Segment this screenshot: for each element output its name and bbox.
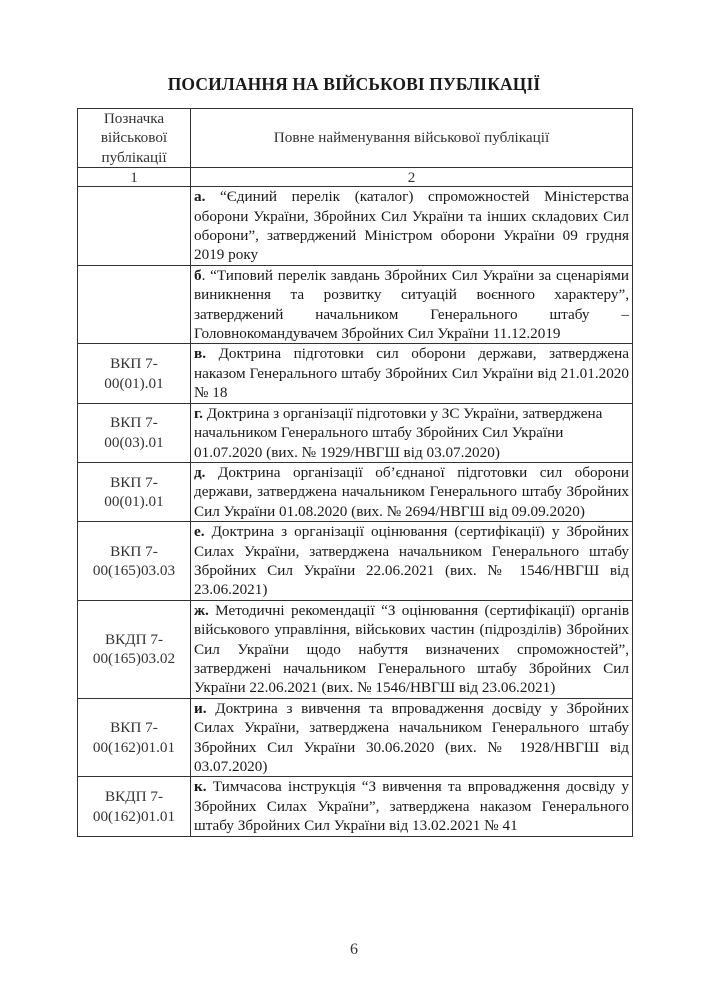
item-text: . “Типовий перелік завдань Збройних Сил … [194, 267, 629, 342]
item-text: Доктрина з організації підготовки у ЗС У… [194, 405, 602, 461]
publication-name: ж. Методичні рекомендації “З оцінювання … [191, 600, 633, 698]
publication-code: ВКДП 7-00(165)03.02 [78, 600, 191, 698]
publication-name: б. “Типовий перелік завдань Збройних Сил… [191, 265, 633, 344]
publication-name: д. Доктрина організації об’єднаної підго… [191, 462, 633, 521]
table-row: ВКП 7-00(01).01 в. Доктрина підготовки с… [78, 344, 633, 403]
table-row: а. “Єдиний перелік (каталог) спроможност… [78, 187, 633, 266]
publication-code: ВКП 7-00(01).01 [78, 462, 191, 521]
item-text: Доктрина з вивчення та впровадження досв… [194, 700, 629, 775]
header-designation: Позначка військової публікації [78, 109, 191, 168]
item-text: “Єдиний перелік (каталог) спроможностей … [194, 188, 629, 263]
item-text: Доктрина з організації оцінювання (серти… [194, 523, 629, 598]
publication-name: е. Доктрина з організації оцінювання (се… [191, 522, 633, 601]
item-letter: к. [194, 778, 207, 795]
table-row: ВКП 7-00(162)01.01 и. Доктрина з вивченн… [78, 698, 633, 777]
table-row: ВКДП 7-00(165)03.02 ж. Методичні рекомен… [78, 600, 633, 698]
column-number-2: 2 [191, 168, 633, 187]
item-letter: а. [194, 188, 205, 205]
publication-name: а. “Єдиний перелік (каталог) спроможност… [191, 187, 633, 266]
publications-table: Позначка військової публікації Повне най… [77, 108, 633, 837]
item-letter: и. [194, 700, 207, 717]
page-title: ПОСИЛАННЯ НА ВІЙСЬКОВІ ПУБЛІКАЦІЇ [0, 74, 708, 95]
table-row: ВКДП 7-00(162)01.01 к. Тимчасова інструк… [78, 777, 633, 836]
table-row: ВКП 7-00(01).01 д. Доктрина організації … [78, 462, 633, 521]
publication-code: ВКДП 7-00(162)01.01 [78, 777, 191, 836]
item-text: Методичні рекомендації “З оцінювання (се… [194, 602, 629, 697]
table-row: б. “Типовий перелік завдань Збройних Сил… [78, 265, 633, 344]
item-text: Тимчасова інструкція “З вивчення та впро… [194, 778, 629, 834]
column-number-1: 1 [78, 168, 191, 187]
table-row: ВКП 7-00(03).01 г. Доктрина з організаці… [78, 403, 633, 462]
item-letter: е. [194, 523, 205, 540]
publication-name: к. Тимчасова інструкція “З вивчення та в… [191, 777, 633, 836]
table-row: ВКП 7-00(165)03.03 е. Доктрина з організ… [78, 522, 633, 601]
publication-name: и. Доктрина з вивчення та впровадження д… [191, 698, 633, 777]
header-full-name: Повне найменування військової публікації [191, 109, 633, 168]
item-text: Доктрина підготовки сил оборони держави,… [194, 345, 629, 401]
publication-code: ВКП 7-00(162)01.01 [78, 698, 191, 777]
item-letter: б [194, 267, 202, 284]
publication-code [78, 187, 191, 266]
publication-code: ВКП 7-00(01).01 [78, 344, 191, 403]
item-letter: в. [194, 345, 206, 362]
table-header-row: Позначка військової публікації Повне най… [78, 109, 633, 168]
item-letter: д. [194, 464, 205, 481]
page-number: 6 [0, 941, 708, 959]
publication-name: в. Доктрина підготовки сил оборони держа… [191, 344, 633, 403]
column-number-row: 1 2 [78, 168, 633, 187]
item-text: Доктрина організації об’єднаної підготов… [194, 464, 629, 520]
item-letter: г. [194, 405, 203, 422]
publication-code: ВКП 7-00(165)03.03 [78, 522, 191, 601]
publication-code [78, 265, 191, 344]
item-letter: ж. [194, 602, 209, 619]
publication-name: г. Доктрина з організації підготовки у З… [191, 403, 633, 462]
publication-code: ВКП 7-00(03).01 [78, 403, 191, 462]
